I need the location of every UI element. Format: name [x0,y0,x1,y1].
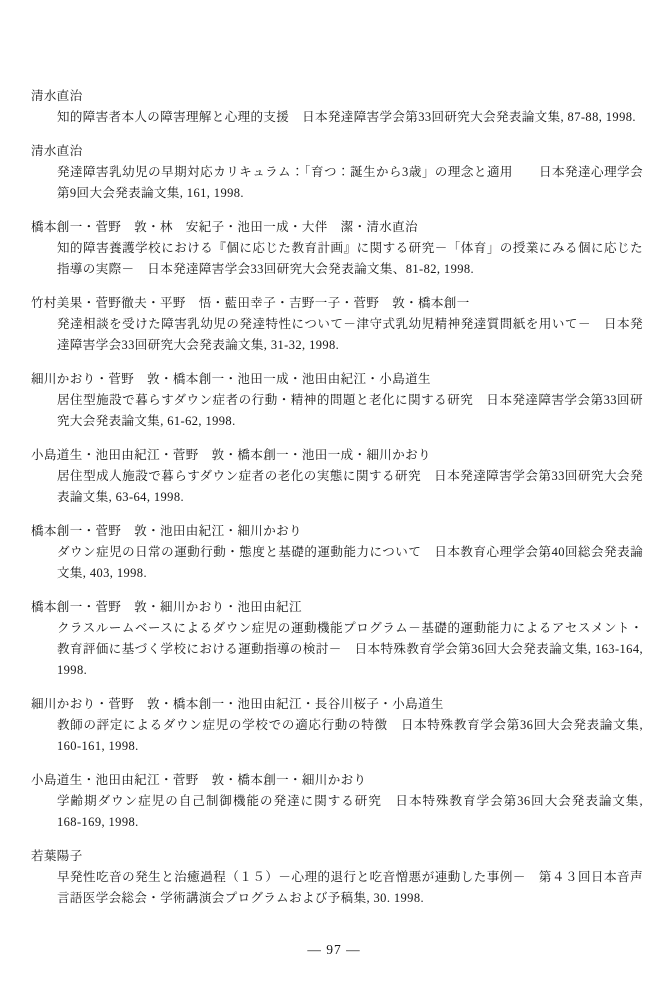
entry-citation: 居住型成人施設で暮らすダウン症者の老化の実態に関する研究 日本発達障害学会第33… [57,466,643,508]
entry-authors: 小島道生・池田由紀江・菅野 敦・橋本創一・細川かおり [31,770,643,791]
document-page: 清水直治 知的障害者本人の障害理解と心理的支援 日本発達障害学会第33回研究大会… [0,0,668,1008]
publication-entry: 細川かおり・菅野 敦・橋本創一・池田一成・池田由紀江・小島道生 居住型施設で暮ら… [31,369,643,432]
entry-citation: 教師の評定によるダウン症児の学校での適応行動の特徴 日本特殊教育学会第36回大会… [57,715,643,757]
entry-citation: 早発性吃音の発生と治癒過程（１５）－心理的退行と吃音憎悪が連動した事例－ 第４３… [57,867,643,909]
entry-citation: 知的障害者本人の障害理解と心理的支援 日本発達障害学会第33回研究大会発表論文集… [57,107,643,128]
entry-authors: 細川かおり・菅野 敦・橋本創一・池田一成・池田由紀江・小島道生 [31,369,643,390]
page-number: — 97 — [0,942,668,958]
entry-authors: 橋本創一・菅野 敦・池田由紀江・細川かおり [31,521,643,542]
entry-authors: 細川かおり・菅野 敦・橋本創一・池田由紀江・長谷川桜子・小島道生 [31,694,643,715]
entry-authors: 橋本創一・菅野 敦・林 安紀子・池田一成・大伴 潔・清水直治 [31,217,643,238]
entry-authors: 清水直治 [31,141,643,162]
publication-entry: 細川かおり・菅野 敦・橋本創一・池田由紀江・長谷川桜子・小島道生 教師の評定によ… [31,694,643,757]
entry-authors: 若葉陽子 [31,846,643,867]
publication-entry: 橋本創一・菅野 敦・林 安紀子・池田一成・大伴 潔・清水直治 知的障害養護学校に… [31,217,643,280]
entry-citation: クラスルームベースによるダウン症児の運動機能プログラム－基礎的運動能力によるアセ… [57,618,643,681]
entry-authors: 橋本創一・菅野 敦・細川かおり・池田由紀江 [31,597,643,618]
entry-authors: 小島道生・池田由紀江・菅野 敦・橋本創一・池田一成・細川かおり [31,445,643,466]
entry-authors: 清水直治 [31,86,643,107]
publication-entry: 橋本創一・菅野 敦・池田由紀江・細川かおり ダウン症児の日常の運動行動・態度と基… [31,521,643,584]
publication-entry: 小島道生・池田由紀江・菅野 敦・橋本創一・池田一成・細川かおり 居住型成人施設で… [31,445,643,508]
entry-citation: 学齢期ダウン症児の自己制御機能の発達に関する研究 日本特殊教育学会第36回大会発… [57,791,643,833]
entry-citation: 発達障害乳幼児の早期対応カリキュラム：「育つ：誕生から3歳」の理念と適用 日本発… [57,162,643,204]
entry-authors: 竹村美果・菅野徹夫・平野 悟・藍田幸子・吉野一子・菅野 敦・橋本創一 [31,293,643,314]
publication-entry: 竹村美果・菅野徹夫・平野 悟・藍田幸子・吉野一子・菅野 敦・橋本創一 発達相談を… [31,293,643,356]
publication-entry: 若葉陽子 早発性吃音の発生と治癒過程（１５）－心理的退行と吃音憎悪が連動した事例… [31,846,643,909]
entry-citation: ダウン症児の日常の運動行動・態度と基礎的運動能力について 日本教育心理学会第40… [57,542,643,584]
publication-entry: 橋本創一・菅野 敦・細川かおり・池田由紀江 クラスルームベースによるダウン症児の… [31,597,643,681]
entry-citation: 知的障害養護学校における『個に応じた教育計画』に関する研究－「体育」の授業にみる… [57,238,643,280]
publication-entry: 小島道生・池田由紀江・菅野 敦・橋本創一・細川かおり 学齢期ダウン症児の自己制御… [31,770,643,833]
entry-citation: 発達相談を受けた障害乳幼児の発達特性について－津守式乳幼児精神発達質問紙を用いて… [57,314,643,356]
publication-list: 清水直治 知的障害者本人の障害理解と心理的支援 日本発達障害学会第33回研究大会… [31,86,643,922]
publication-entry: 清水直治 発達障害乳幼児の早期対応カリキュラム：「育つ：誕生から3歳」の理念と適… [31,141,643,204]
entry-citation: 居住型施設で暮らすダウン症者の行動・精神的問題と老化に関する研究 日本発達障害学… [57,390,643,432]
publication-entry: 清水直治 知的障害者本人の障害理解と心理的支援 日本発達障害学会第33回研究大会… [31,86,643,128]
